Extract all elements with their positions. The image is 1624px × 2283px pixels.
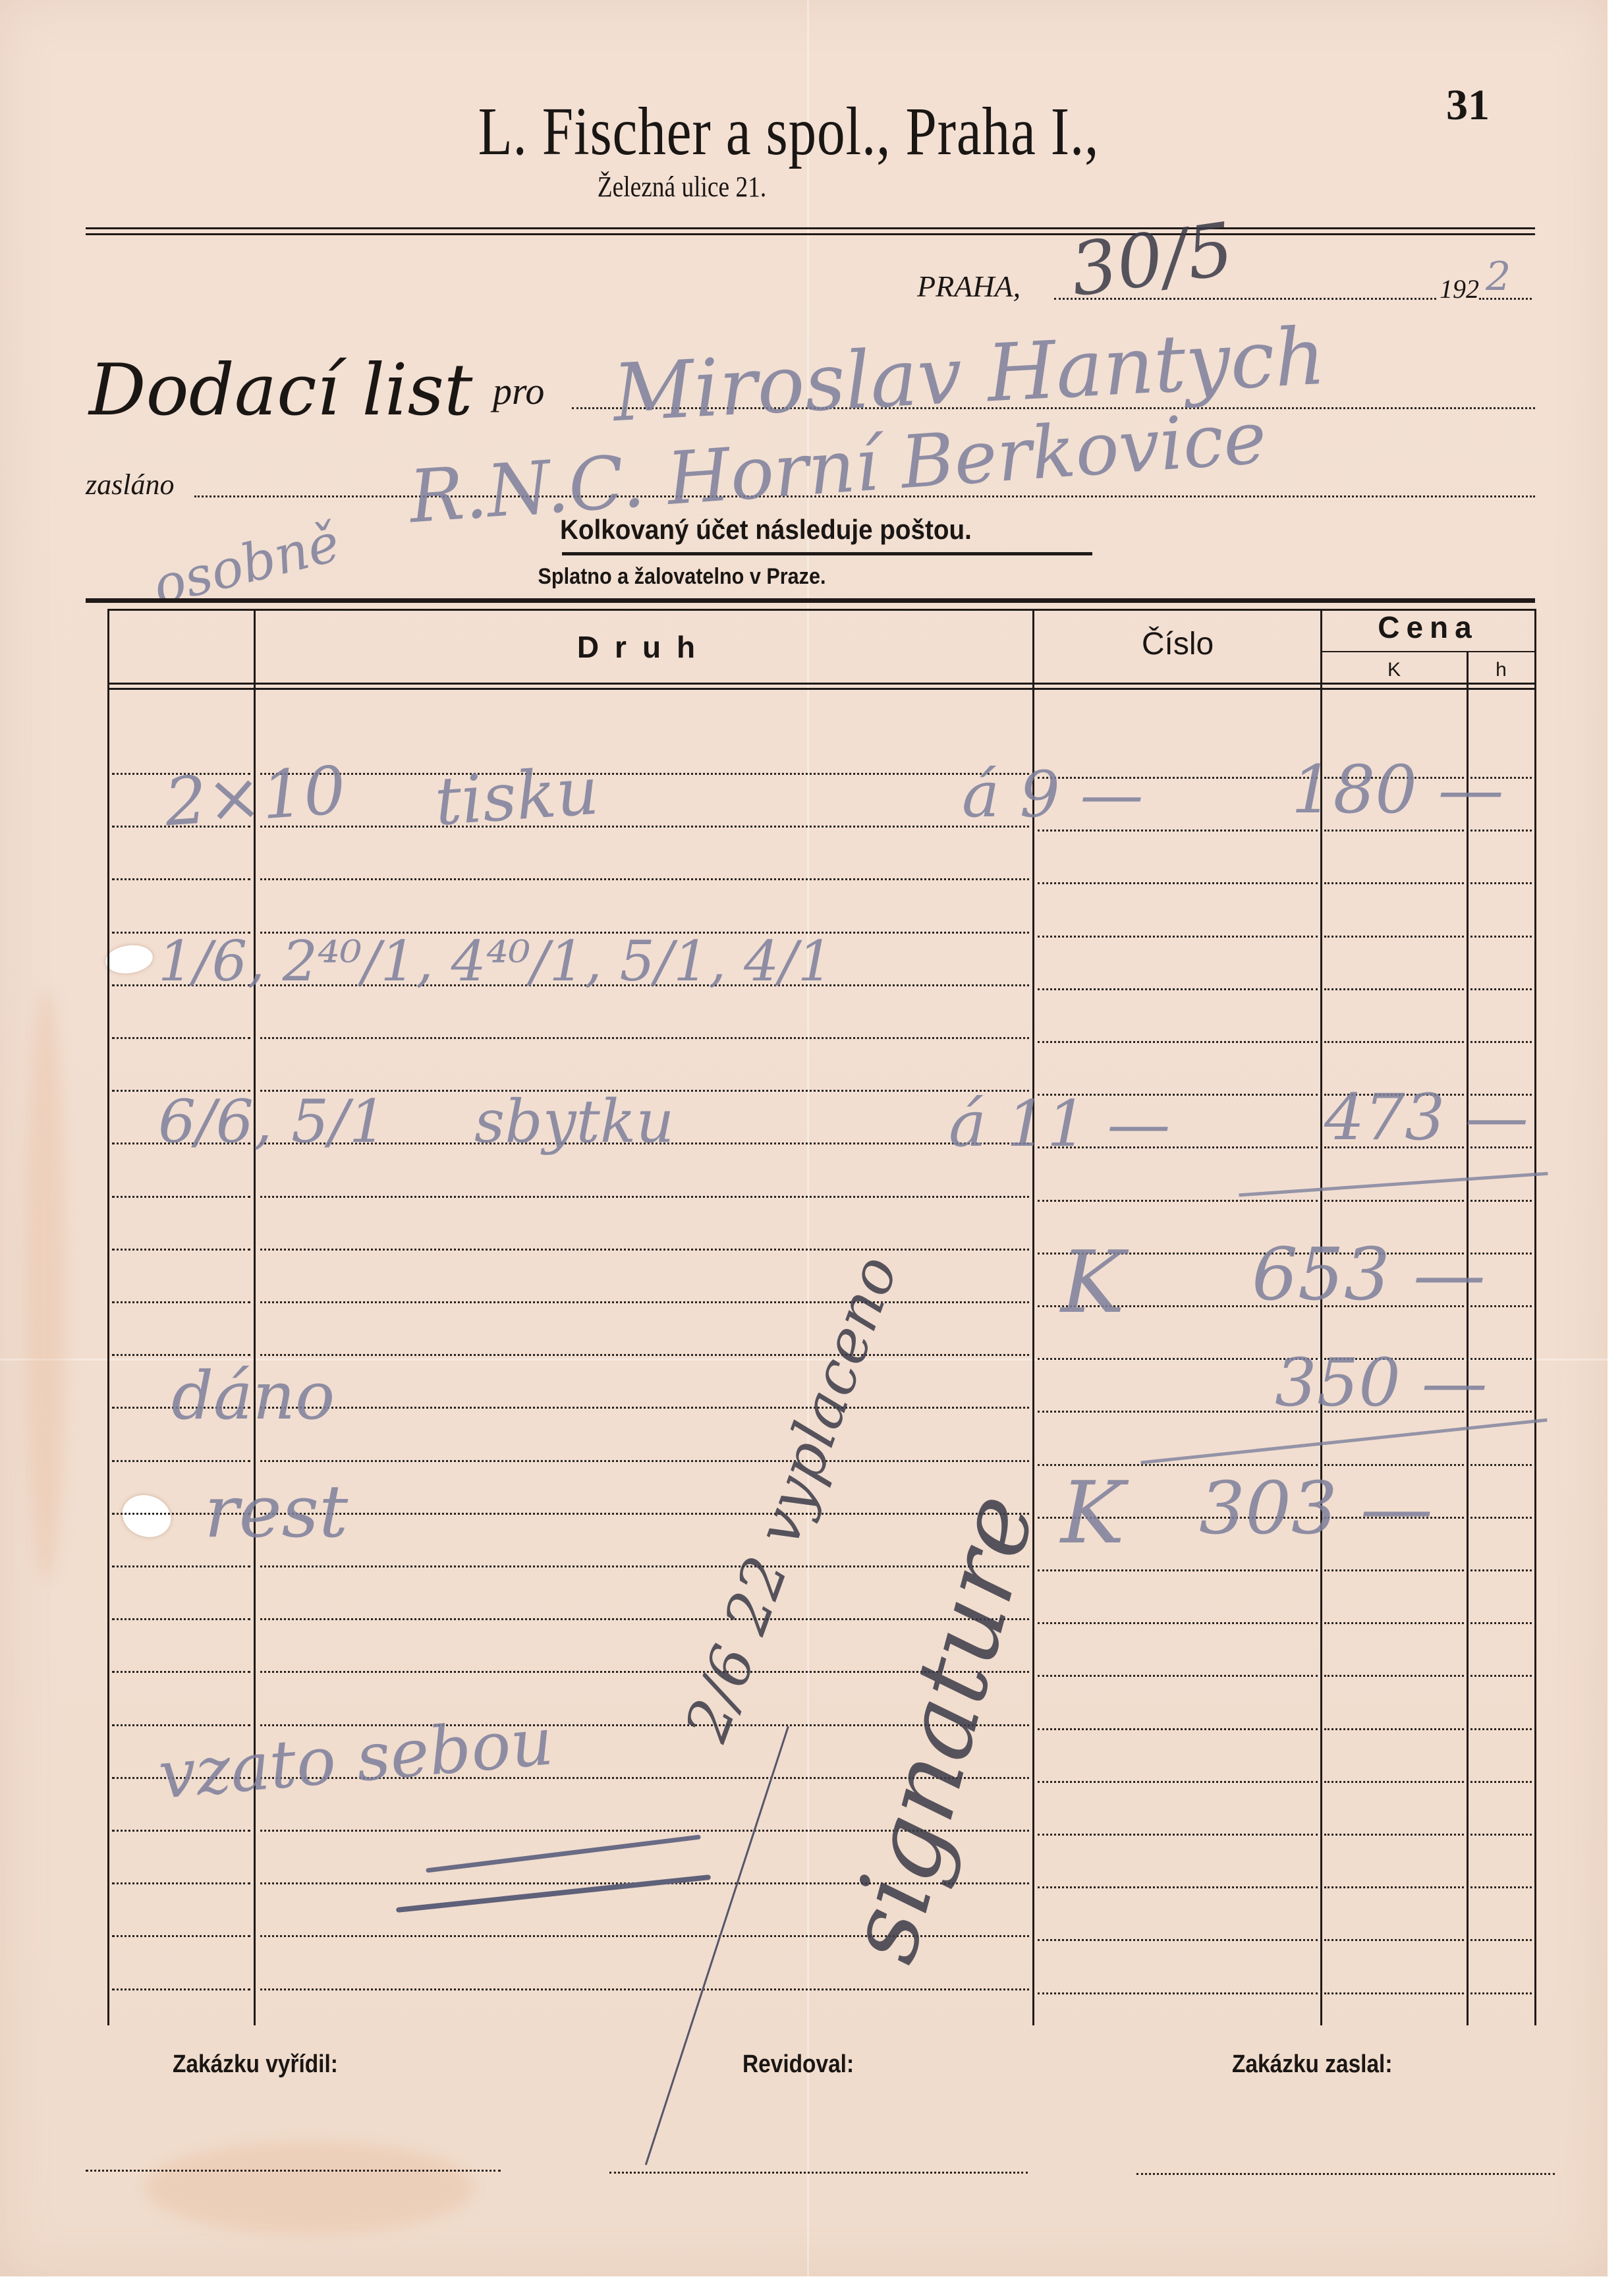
subtotal-currency: K bbox=[1061, 1232, 1125, 1332]
row-rule bbox=[260, 1407, 1029, 1409]
row-rule bbox=[1038, 1728, 1318, 1730]
header-bottom-rule bbox=[107, 688, 1535, 690]
revised-by-signature-line[interactable] bbox=[609, 2172, 1028, 2174]
row-rule bbox=[260, 1196, 1029, 1198]
row-rule bbox=[1470, 1041, 1532, 1043]
stamped-invoice-notice: Kolkovaný účet následuje poštou. bbox=[560, 514, 972, 546]
table-top-rule bbox=[86, 598, 1535, 603]
row-rule bbox=[260, 878, 1029, 880]
balance-amount: 303 — bbox=[1199, 1466, 1433, 1550]
row-2-qty: 1/6, 2⁴⁰/1, 4⁴⁰/1, 5/1, 4/1 bbox=[158, 929, 833, 994]
row-rule bbox=[260, 1037, 1029, 1039]
row-rule bbox=[1038, 1939, 1318, 1941]
header-rule-bottom bbox=[86, 233, 1535, 235]
document-title: Dodací list bbox=[89, 349, 472, 432]
row-rule bbox=[1324, 936, 1464, 938]
row-rule bbox=[1324, 988, 1464, 990]
row-rule bbox=[112, 878, 250, 880]
row-rule bbox=[1470, 1728, 1532, 1730]
place-label: PRAHA, bbox=[917, 269, 1021, 304]
row-1-item: tisku bbox=[432, 752, 601, 840]
row-rule bbox=[1470, 830, 1532, 831]
row-rule bbox=[1470, 1992, 1532, 1994]
row-rule bbox=[1038, 1834, 1318, 1836]
age-stain bbox=[145, 2141, 474, 2234]
row-3-rate: á 11 — bbox=[949, 1087, 1170, 1161]
row-rule bbox=[1470, 882, 1532, 884]
balance-currency: K bbox=[1061, 1463, 1125, 1563]
row-rule bbox=[260, 1988, 1029, 1990]
company-address: Železná ulice 21. bbox=[102, 170, 1262, 204]
subtotal-price: 653 — bbox=[1252, 1232, 1486, 1316]
column-header-koruny: K bbox=[1321, 659, 1467, 681]
column-header-druh: Druh bbox=[257, 629, 1031, 665]
row-rule bbox=[1324, 1569, 1464, 1571]
row-rule bbox=[260, 773, 1029, 775]
sent-by-label: Zakázku zaslal: bbox=[1232, 2050, 1392, 2079]
row-rule bbox=[1324, 1939, 1464, 1941]
column-divider bbox=[1534, 609, 1536, 2025]
sent-via-label: zasláno bbox=[86, 468, 174, 501]
row-rule bbox=[260, 826, 1029, 828]
year-prefix: 192 bbox=[1440, 273, 1479, 304]
column-header-cislo: Číslo bbox=[1034, 626, 1321, 662]
row-rule bbox=[1038, 1992, 1318, 1994]
row-rule bbox=[112, 1249, 250, 1251]
row-rule bbox=[260, 1460, 1029, 1462]
row-rule bbox=[260, 1354, 1029, 1356]
row-rule bbox=[112, 1196, 250, 1198]
header-rule-top bbox=[86, 227, 1535, 229]
row-rule bbox=[112, 1301, 250, 1303]
row-rule bbox=[1470, 1675, 1532, 1677]
row-rule bbox=[112, 1037, 250, 1039]
row-rule bbox=[112, 1830, 250, 1832]
row-rule bbox=[1470, 1569, 1532, 1571]
row-rule bbox=[1470, 1200, 1532, 1202]
row-rule bbox=[112, 1671, 250, 1673]
row-1-qty: 2×10 bbox=[162, 752, 348, 841]
row-rule bbox=[1038, 1569, 1318, 1571]
row-1-price: 180 — bbox=[1291, 751, 1504, 828]
payable-notice: Splatno a žalovatelno v Praze. bbox=[69, 564, 1296, 590]
row-rule bbox=[1470, 1781, 1532, 1783]
row-rule bbox=[1470, 1464, 1532, 1466]
row-rule bbox=[1038, 1781, 1318, 1783]
row-rule bbox=[112, 1354, 250, 1356]
row-rule bbox=[112, 1460, 250, 1462]
row-rule bbox=[1324, 1992, 1464, 1994]
age-stain bbox=[26, 988, 66, 1581]
row-rule bbox=[1470, 1622, 1532, 1624]
row-rule bbox=[1038, 1675, 1318, 1677]
paid-label: dáno bbox=[171, 1357, 335, 1434]
paid-amount: 350 — bbox=[1275, 1344, 1488, 1421]
row-rule bbox=[1038, 988, 1318, 990]
handled-by-label: Zakázku vyřídil: bbox=[173, 2050, 338, 2079]
row-rule bbox=[1038, 882, 1318, 884]
handled-by-signature-line[interactable] bbox=[86, 2170, 501, 2172]
company-name: L. Fischer a spol., Praha I., bbox=[123, 92, 1454, 171]
row-rule bbox=[1324, 1675, 1464, 1677]
handwritten-year: 2 bbox=[1486, 254, 1511, 300]
row-rule bbox=[260, 1565, 1029, 1567]
row-rule bbox=[1470, 1886, 1532, 1888]
row-rule bbox=[260, 1249, 1029, 1251]
cena-subheader-rule bbox=[1321, 651, 1535, 652]
column-header-cena: Cena bbox=[1321, 609, 1535, 645]
row-rule bbox=[1470, 1939, 1532, 1941]
row-rule bbox=[1324, 1781, 1464, 1783]
row-rule bbox=[1038, 1886, 1318, 1888]
column-divider bbox=[1467, 652, 1469, 2025]
row-rule bbox=[1038, 1200, 1318, 1202]
row-rule bbox=[1038, 1041, 1318, 1043]
row-rule bbox=[1038, 936, 1318, 938]
header-bottom-rule bbox=[107, 683, 1535, 685]
row-rule bbox=[260, 1513, 1029, 1515]
row-rule bbox=[1324, 1834, 1464, 1836]
row-3-item: sbytku bbox=[474, 1087, 674, 1156]
notice-underline bbox=[562, 552, 1092, 555]
row-rule bbox=[1470, 1517, 1532, 1519]
row-rule bbox=[112, 1882, 250, 1884]
row-1-rate: á 9 — bbox=[962, 758, 1143, 831]
row-rule bbox=[1324, 1728, 1464, 1730]
row-rule bbox=[112, 1565, 250, 1567]
revised-by-label: Revidoval: bbox=[742, 2050, 854, 2079]
row-rule bbox=[1038, 1622, 1318, 1624]
row-3-price: 473 — bbox=[1324, 1081, 1528, 1154]
row-rule bbox=[1470, 1834, 1532, 1836]
row-rule bbox=[112, 1724, 250, 1726]
row-rule bbox=[1324, 1041, 1464, 1043]
row-rule bbox=[260, 1301, 1029, 1303]
row-rule bbox=[112, 1935, 250, 1937]
rest-label: rest bbox=[204, 1469, 348, 1554]
row-rule bbox=[1470, 936, 1532, 938]
column-header-halere: h bbox=[1467, 659, 1535, 681]
row-rule bbox=[1324, 1200, 1464, 1202]
pro-label: pro bbox=[493, 369, 544, 413]
row-rule bbox=[112, 1988, 250, 1990]
row-rule bbox=[1324, 882, 1464, 884]
row-rule bbox=[1470, 988, 1532, 990]
row-rule bbox=[112, 1618, 250, 1620]
sent-by-signature-line[interactable] bbox=[1136, 2173, 1555, 2175]
row-rule bbox=[1324, 1622, 1464, 1624]
row-rule bbox=[1324, 830, 1464, 831]
column-divider bbox=[107, 609, 109, 2025]
row-3-qty: 6/6, 5/1 bbox=[158, 1087, 387, 1156]
document-number: 31 bbox=[1446, 80, 1490, 130]
row-rule bbox=[1324, 1886, 1464, 1888]
